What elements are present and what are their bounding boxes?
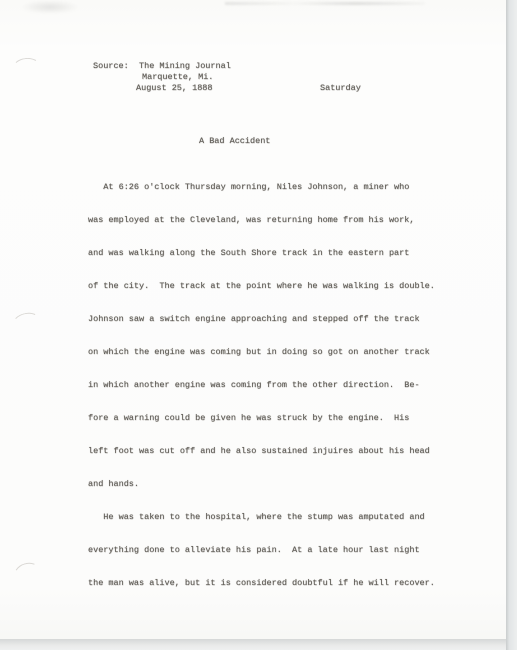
paper-right-edge bbox=[506, 0, 517, 650]
article-line: everything done to alleviate his pain. A… bbox=[88, 545, 435, 556]
paper-bottom-edge bbox=[0, 639, 506, 650]
article-line: At 6:26 o'clock Thursday morning, Niles … bbox=[88, 182, 435, 193]
article-line: and was walking along the South Shore tr… bbox=[88, 248, 435, 259]
source-publication: The Mining Journal bbox=[139, 61, 231, 72]
article-line: and hands. bbox=[88, 479, 435, 490]
source-day: Saturday bbox=[320, 83, 361, 94]
article-line: left foot was cut off and he also sustai… bbox=[88, 446, 435, 457]
article-line: Johnson saw a switch engine approaching … bbox=[88, 314, 435, 325]
scan-smudge-top bbox=[225, 2, 425, 5]
article-line: the man was alive, but it is considered … bbox=[88, 578, 435, 589]
article-line: fore a warning could be given he was str… bbox=[88, 413, 435, 424]
scanned-page-scene: Source: The Mining Journal Marquette, Mi… bbox=[0, 0, 517, 650]
source-location: Marquette, Mi. bbox=[142, 72, 213, 83]
article-title: A Bad Accident bbox=[199, 136, 270, 147]
article-line: on which the engine was coming but in do… bbox=[88, 347, 435, 358]
article-line: He was taken to the hospital, where the … bbox=[88, 512, 435, 523]
article-line: of the city. The track at the point wher… bbox=[88, 281, 435, 292]
source-label: Source: bbox=[93, 61, 129, 72]
scan-smudge-top-left bbox=[20, 0, 80, 14]
source-date: August 25, 1888 bbox=[136, 83, 213, 94]
article-body: At 6:26 o'clock Thursday morning, Niles … bbox=[88, 160, 435, 611]
article-line: in which another engine was coming from … bbox=[88, 380, 435, 391]
article-line: was employed at the Cleveland, was retur… bbox=[88, 215, 435, 226]
